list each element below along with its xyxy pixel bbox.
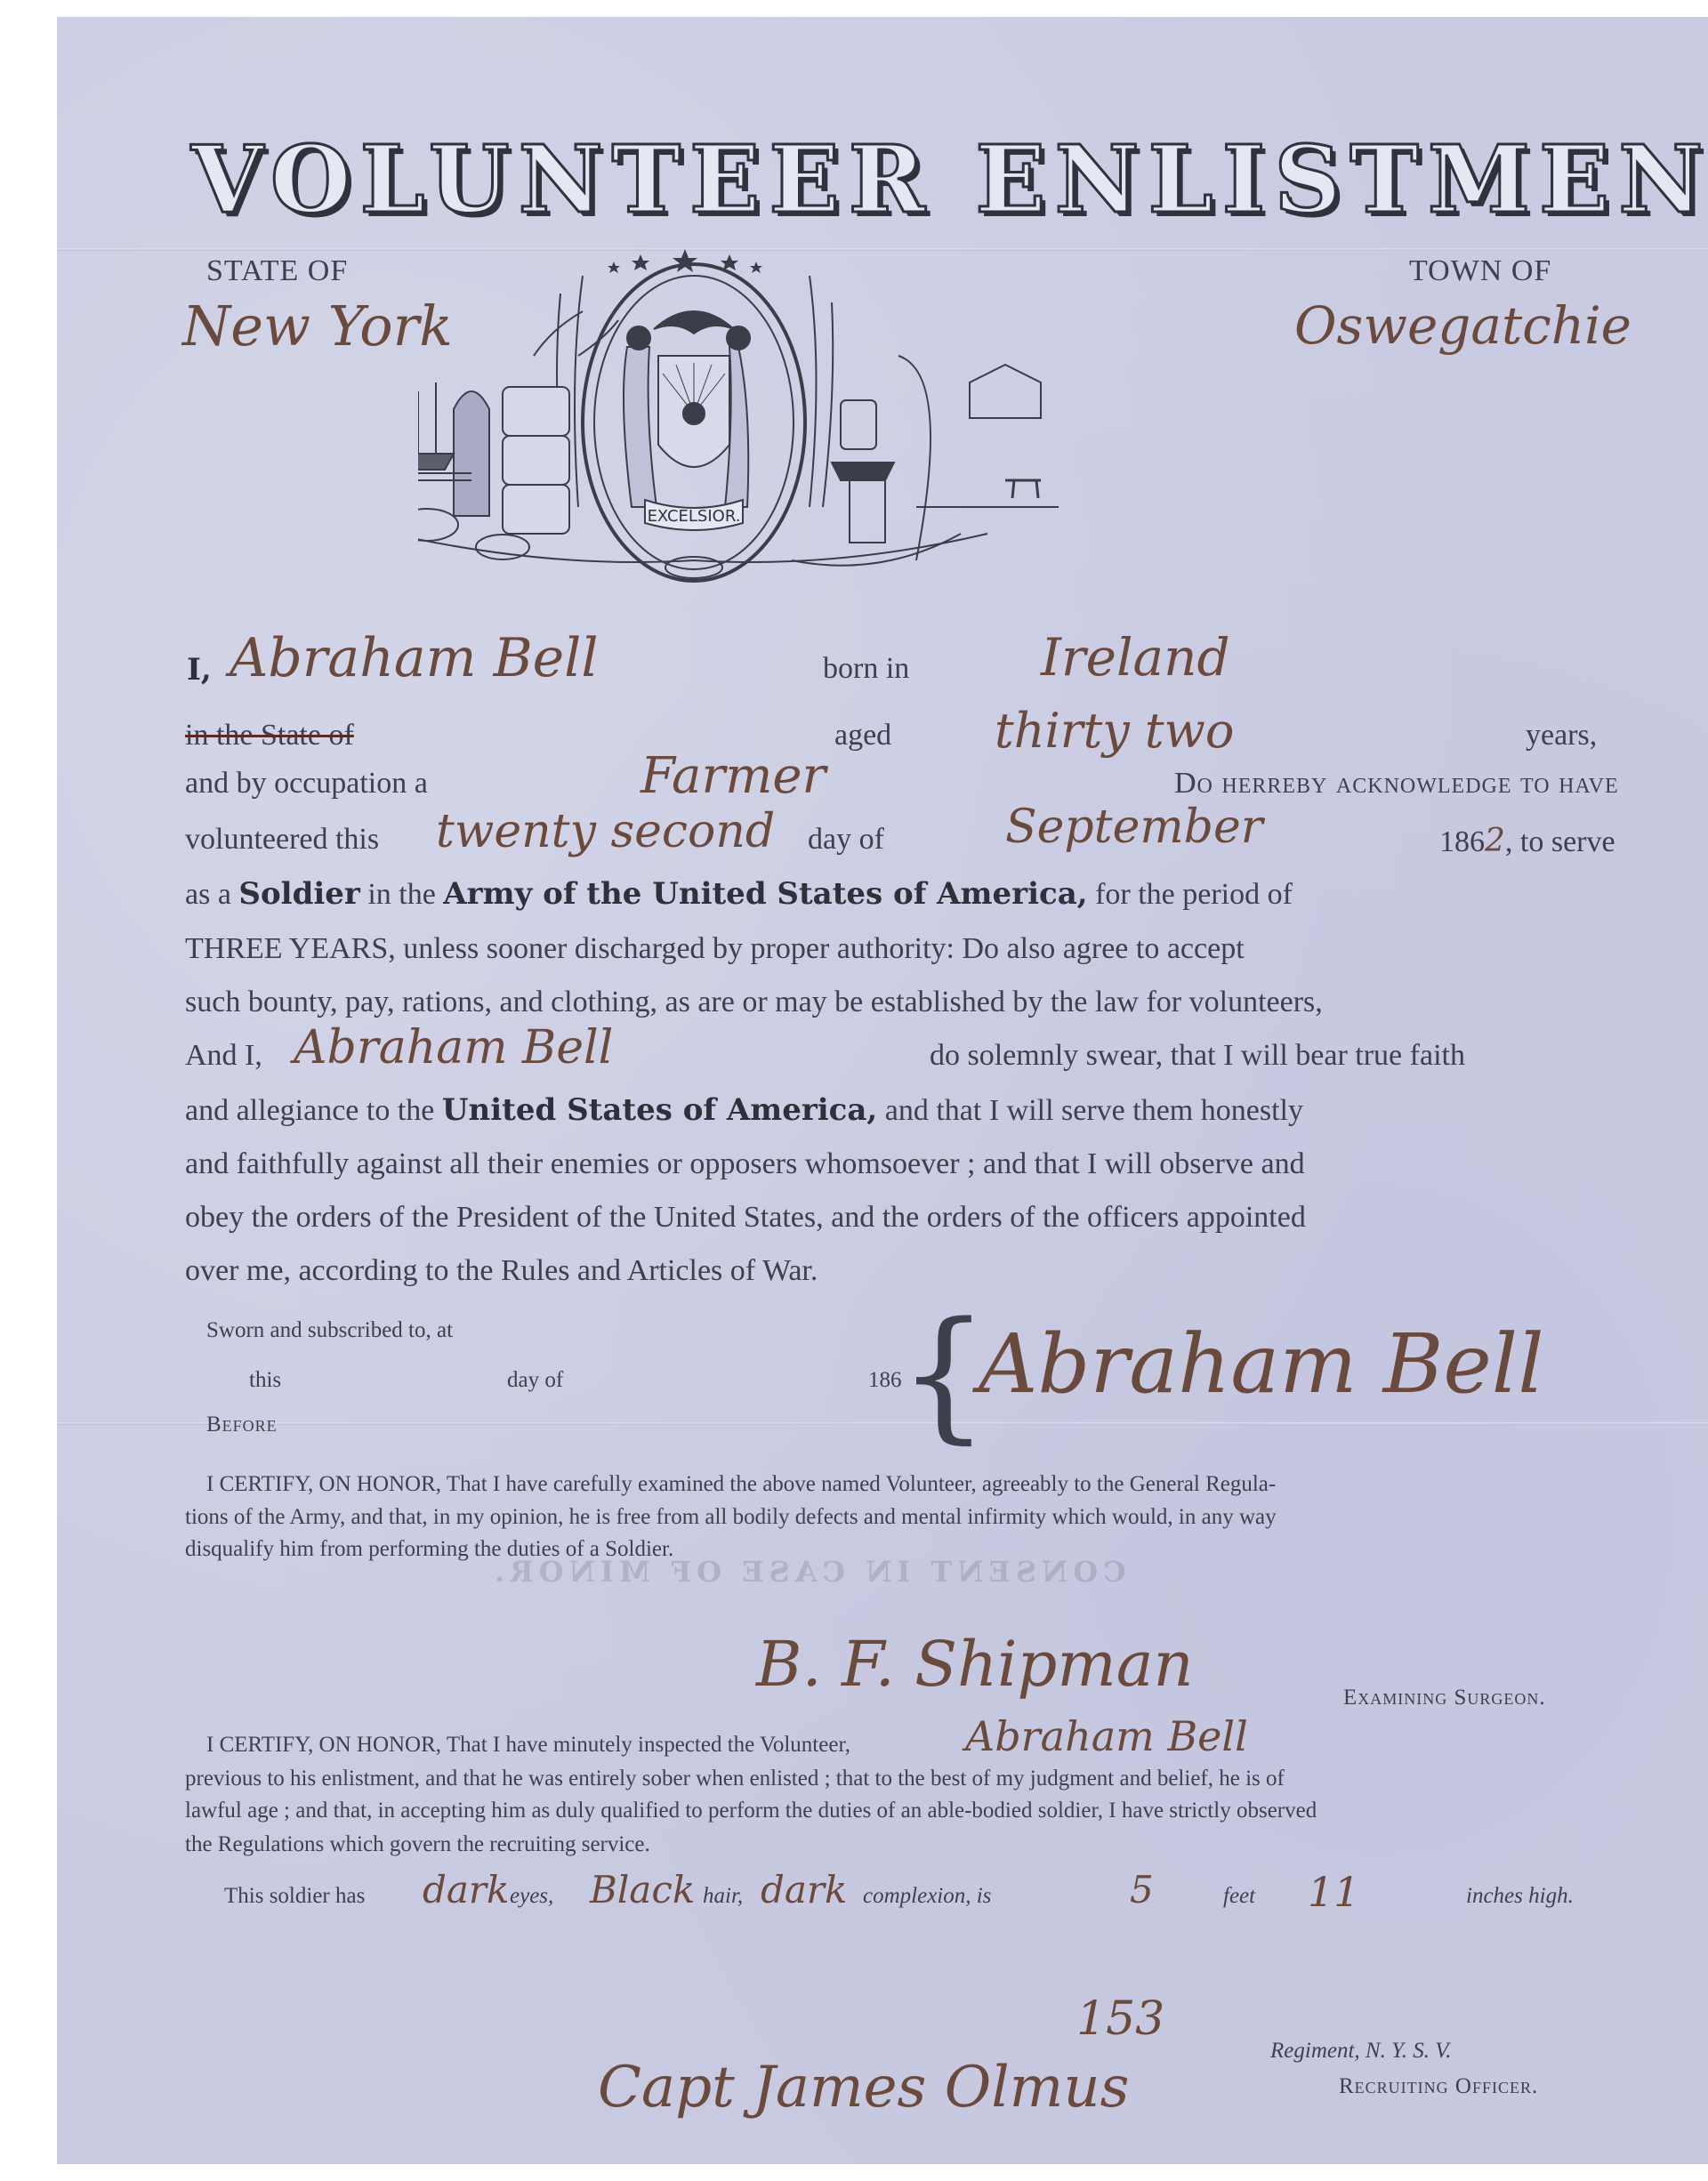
town-value: Oswegatchie xyxy=(1294,295,1631,356)
occupation-label: and by occupation a xyxy=(185,767,428,801)
complexion-value: dark xyxy=(761,1868,847,1911)
surgeon-role-label: Examining Surgeon. xyxy=(1343,1686,1546,1710)
inspected-volunteer-name: Abraham Bell xyxy=(965,1712,1248,1760)
occupation-value: Farmer xyxy=(640,747,826,805)
sworn-year-label: 186 xyxy=(868,1368,902,1393)
brace-icon: { xyxy=(898,1303,989,1445)
seal-motto: EXCELSIOR. xyxy=(648,507,741,526)
bleed-through-heading: CONSENT IN CASE OF MINOR. xyxy=(489,1555,1126,1589)
surgeon-signature: B. F. Shipman xyxy=(756,1628,1194,1701)
surgeon-cert-line-2: tions of the Army, and that, in my opini… xyxy=(185,1505,1277,1530)
oath-text: do solemnly swear, that I will bear true… xyxy=(930,1039,1465,1073)
oath-prefix: And I, xyxy=(185,1039,262,1073)
state-label: STATE OF xyxy=(206,254,348,288)
age-value: thirty two xyxy=(995,703,1234,759)
enlistment-line-12: over me, according to the Rules and Arti… xyxy=(185,1254,818,1288)
surgeon-cert-line-1: I CERTIFY, ON HONOR, That I have careful… xyxy=(206,1472,1276,1497)
day-value: twenty second xyxy=(436,805,775,858)
complexion-label: complexion, is xyxy=(863,1884,991,1909)
acknowledge-text: Do herreby acknowledge to have xyxy=(1174,767,1619,801)
volunteer-name: Abraham Bell xyxy=(230,627,599,689)
hair-label: hair, xyxy=(703,1884,743,1909)
month-value: September xyxy=(1005,801,1263,854)
birthplace-value: Ireland xyxy=(1041,627,1230,688)
inches-label: inches high. xyxy=(1466,1884,1574,1909)
sworn-day-of-label: day of xyxy=(507,1368,563,1393)
town-label: TOWN OF xyxy=(1409,254,1551,288)
feet-label: feet xyxy=(1223,1884,1255,1909)
volunteered-label: volunteered this xyxy=(185,823,379,857)
volunteer-signature: Abraham Bell xyxy=(979,1316,1544,1412)
document-title: VOLUNTEER ENLISTMENT. xyxy=(191,125,1708,234)
day-of-label: day of xyxy=(808,823,884,857)
hair-value: Black xyxy=(590,1868,695,1911)
sworn-label: Sworn and subscribed to, at xyxy=(206,1318,453,1343)
enlistment-line-11: obey the orders of the President of the … xyxy=(185,1201,1306,1235)
state-seal-engraving-icon: EXCELSIOR. xyxy=(418,240,1325,587)
recruiting-officer-label: Recruiting Officer. xyxy=(1339,2074,1538,2099)
officer-cert-line-4: the Regulations which govern the recruit… xyxy=(185,1832,650,1857)
regiment-number-value: 153 xyxy=(1076,1992,1164,2046)
officer-cert-line-3: lawful age ; and that, in accepting him … xyxy=(185,1799,1317,1823)
recruiting-officer-signature: Capt James Olmus xyxy=(598,2055,1129,2121)
enlistment-line-6: THREE YEARS, unless sooner discharged by… xyxy=(185,932,1245,966)
state-of-struck-label: in the State of xyxy=(185,719,354,752)
enlistment-line-5: as a Soldier in the Army of the United S… xyxy=(185,876,1293,912)
before-label: Before xyxy=(206,1412,278,1437)
paper-fold xyxy=(57,1422,1708,1425)
eyes-value: dark xyxy=(423,1868,509,1911)
sworn-this-label: this xyxy=(249,1368,281,1393)
state-value: New York xyxy=(182,294,453,358)
officer-cert-line-1: I CERTIFY, ON HONOR, That I have minutel… xyxy=(206,1733,850,1758)
aged-label: aged xyxy=(834,719,891,752)
regiment-label: Regiment, N. Y. S. V. xyxy=(1270,2039,1452,2064)
enlistment-line-1: I, xyxy=(187,652,212,688)
oath-name-value: Abraham Bell xyxy=(294,1021,613,1074)
height-feet-value: 5 xyxy=(1130,1868,1154,1911)
born-in-label: born in xyxy=(823,652,909,686)
enlistment-line-7: such bounty, pay, rations, and clothing,… xyxy=(185,986,1323,1019)
officer-cert-line-2: previous to his enlistment, and that he … xyxy=(185,1767,1285,1791)
enlistment-line-9: and allegiance to the United States of A… xyxy=(185,1092,1303,1128)
years-label: years, xyxy=(1526,719,1597,752)
height-inches-value: 11 xyxy=(1308,1868,1360,1916)
eyes-label: eyes, xyxy=(510,1884,553,1909)
year-field: 1862, to serve xyxy=(1439,823,1615,859)
enlistment-line-10: and faithfully against all their enemies… xyxy=(185,1147,1305,1181)
description-prefix: This soldier has xyxy=(224,1884,365,1909)
